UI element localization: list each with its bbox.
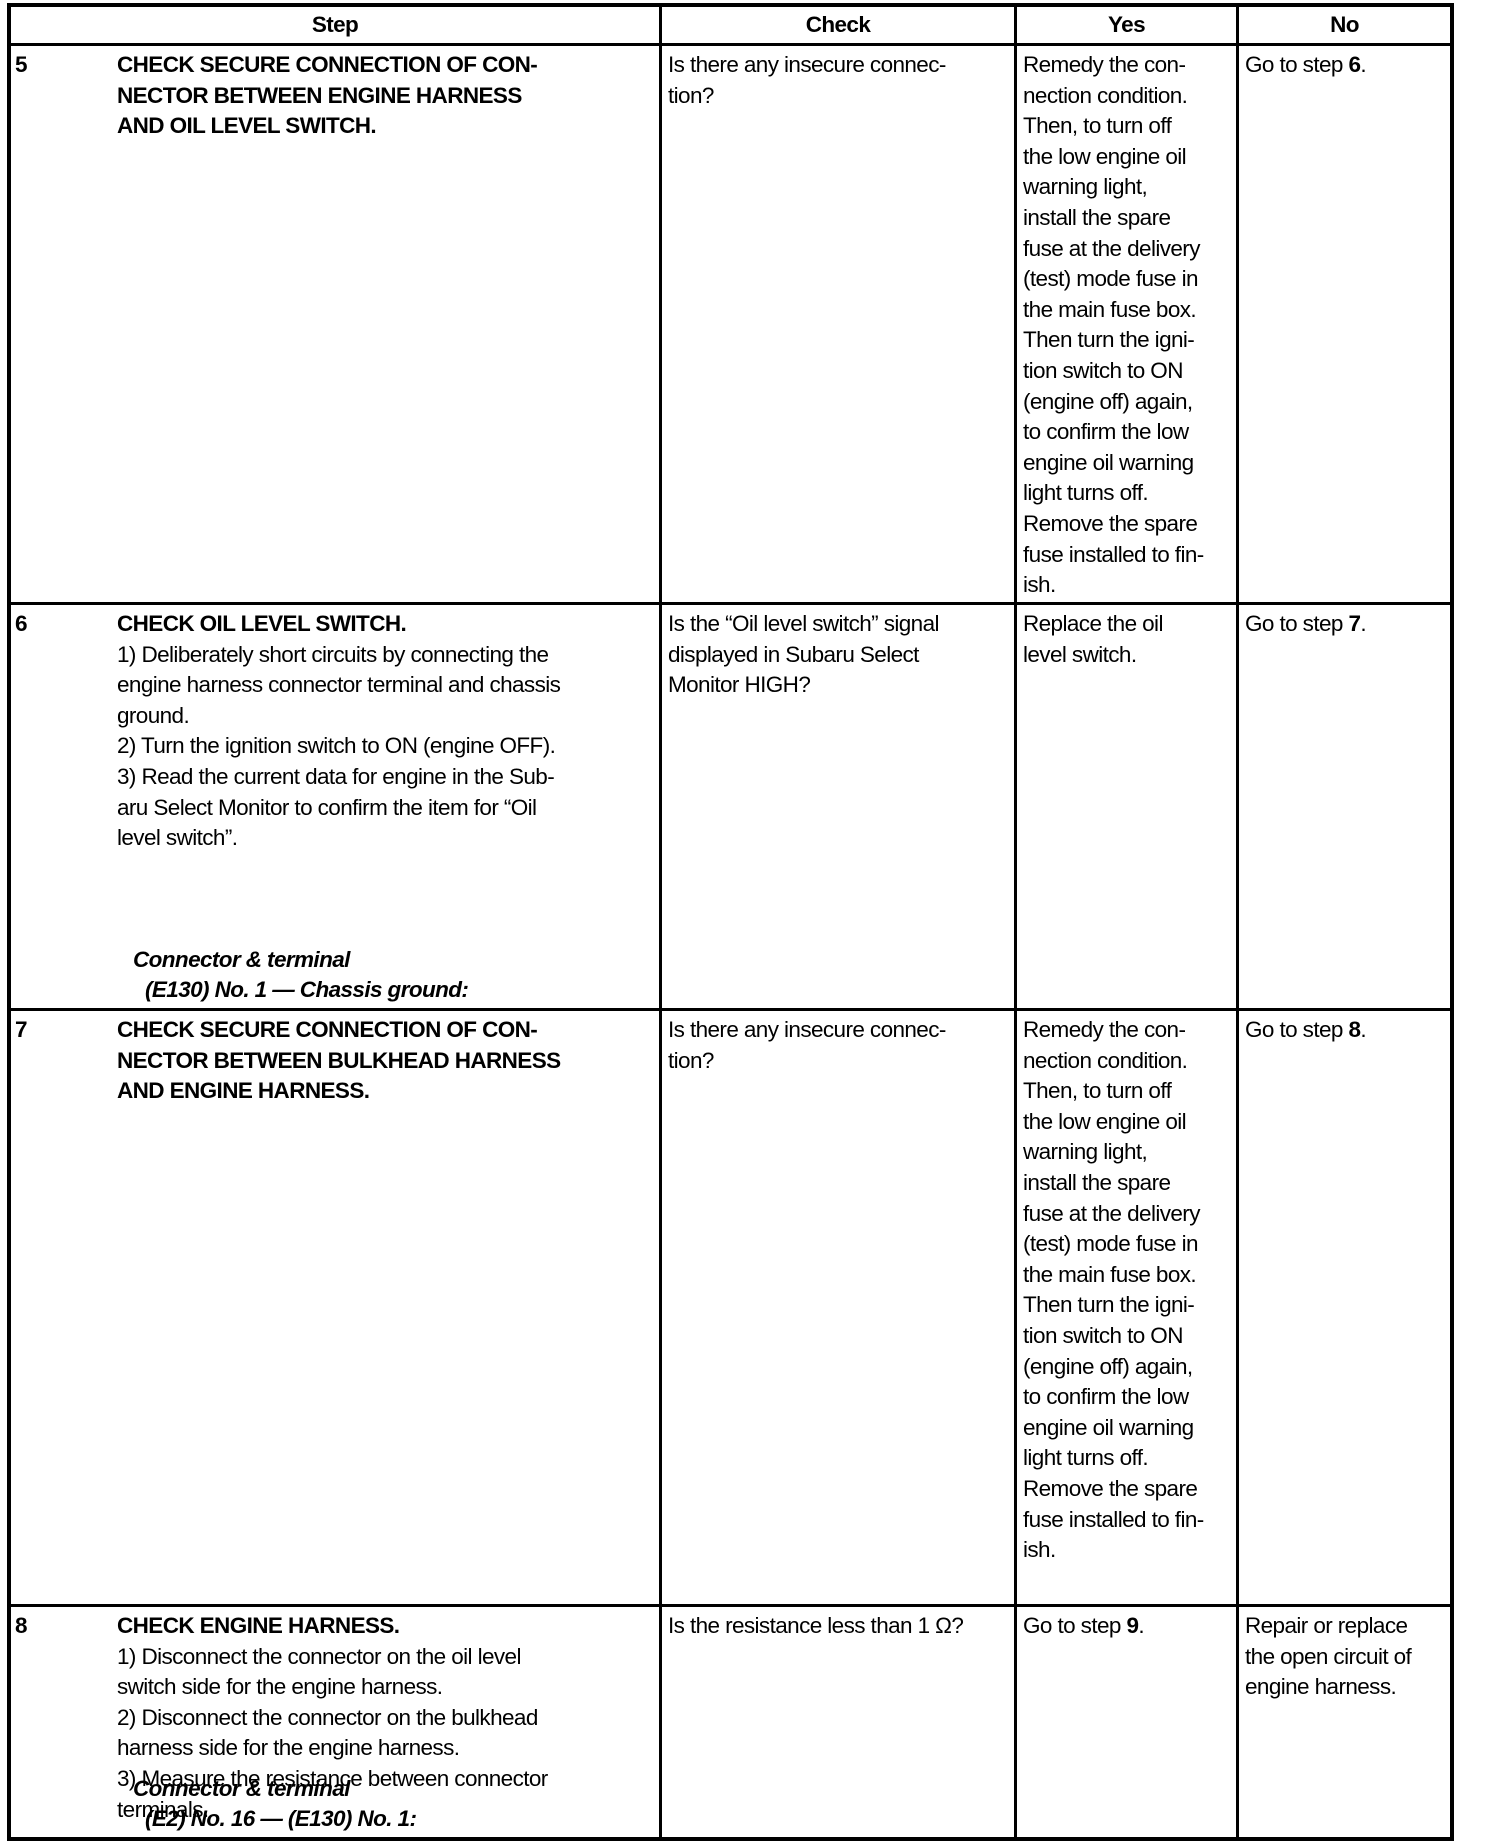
yes-text: Remedy the con- <box>1023 50 1230 81</box>
yes-text: (engine off) again, <box>1023 387 1230 418</box>
step-description: CHECK SECURE CONNECTION OF CON-NECTOR BE… <box>111 46 659 602</box>
yes-text: (test) mode fuse in <box>1023 1229 1230 1260</box>
yes-action: Replace the oillevel switch. <box>1017 605 1236 1008</box>
yes-text: level switch. <box>1023 640 1230 671</box>
step-instruction: harness side for the engine harness. <box>117 1733 653 1764</box>
connector-spec-line: Connector & terminal <box>117 1774 416 1805</box>
step-title: AND ENGINE HARNESS. <box>117 1076 653 1107</box>
step-number: 6 <box>11 605 111 1008</box>
yes-action: Go to step 9. <box>1017 1607 1236 1837</box>
no-text: Repair or replace <box>1245 1611 1444 1642</box>
step-instruction: 1) Deliberately short circuits by connec… <box>117 640 653 671</box>
check-text: tion? <box>668 1046 1008 1077</box>
yes-text: fuse installed to fin- <box>1023 1505 1230 1536</box>
no-action: Go to step 8. <box>1239 1011 1450 1604</box>
step-title: CHECK SECURE CONNECTION OF CON- <box>117 50 653 81</box>
step-title: NECTOR BETWEEN ENGINE HARNESS <box>117 81 653 112</box>
yes-text: Remedy the con- <box>1023 1015 1230 1046</box>
step-instruction: 3) Read the current data for engine in t… <box>117 762 653 793</box>
yes-text: install the spare <box>1023 203 1230 234</box>
yes-text: fuse installed to fin- <box>1023 540 1230 571</box>
yes-text: ish. <box>1023 1535 1230 1566</box>
step-instruction: aru Select Monitor to confirm the item f… <box>117 793 653 824</box>
check-text: Is the resistance less than 1 Ω? <box>668 1611 1008 1642</box>
no-goto-step: Go to step 7. <box>1245 609 1444 640</box>
no-action: Go to step 7. <box>1239 605 1450 1008</box>
no-action: Go to step 6. <box>1239 46 1450 602</box>
no-goto-step: Go to step 6. <box>1245 50 1444 81</box>
troubleshooting-table: Step Check Yes No 5CHECK SECURE CONNECTI… <box>7 3 1454 1841</box>
yes-text: install the spare <box>1023 1168 1230 1199</box>
yes-text: Then turn the igni- <box>1023 1290 1230 1321</box>
step-title: NECTOR BETWEEN BULKHEAD HARNESS <box>117 1046 653 1077</box>
header-check: Check <box>662 7 1014 41</box>
yes-action: Remedy the con-nection condition.Then, t… <box>1017 46 1236 602</box>
step-number-text: 7 <box>15 1015 105 1046</box>
yes-text: to confirm the low <box>1023 1382 1230 1413</box>
connector-spec-line: (E130) No. 1 — Chassis ground: <box>117 975 468 1006</box>
no-action: Repair or replacethe open circuit ofengi… <box>1239 1607 1450 1837</box>
yes-text: the low engine oil <box>1023 1107 1230 1138</box>
step-instruction: level switch”. <box>117 823 653 854</box>
check-question: Is the “Oil level switch” signaldisplaye… <box>662 605 1014 1008</box>
yes-text: nection condition. <box>1023 81 1230 112</box>
connector-spec-line: Connector & terminal <box>117 945 468 976</box>
step-title: AND OIL LEVEL SWITCH. <box>117 111 653 142</box>
step-number-text: 5 <box>15 50 105 81</box>
step-number: 5 <box>11 46 111 602</box>
yes-text: Then, to turn off <box>1023 111 1230 142</box>
yes-text: Then turn the igni- <box>1023 325 1230 356</box>
step-number-text: 6 <box>15 609 105 640</box>
connector-spec: Connector & terminal(E2) No. 16 — (E130)… <box>117 1774 416 1835</box>
check-question: Is the resistance less than 1 Ω? <box>662 1607 1014 1837</box>
step-title: CHECK SECURE CONNECTION OF CON- <box>117 1015 653 1046</box>
check-question: Is there any insecure connec-tion? <box>662 46 1014 602</box>
step-number: 8 <box>11 1607 111 1837</box>
step-description: CHECK ENGINE HARNESS.1) Disconnect the c… <box>111 1607 659 1837</box>
yes-text: engine oil warning <box>1023 448 1230 479</box>
no-goto-step: Go to step 8. <box>1245 1015 1444 1046</box>
yes-text: the low engine oil <box>1023 142 1230 173</box>
yes-text: (test) mode fuse in <box>1023 264 1230 295</box>
check-question: Is there any insecure connec-tion? <box>662 1011 1014 1604</box>
step-reference: 8 <box>1348 1017 1360 1042</box>
header-step: Step <box>11 7 659 41</box>
step-number-text: 8 <box>15 1611 105 1642</box>
no-text: engine harness. <box>1245 1672 1444 1703</box>
check-text: Monitor HIGH? <box>668 670 1008 701</box>
step-instruction: engine harness connector terminal and ch… <box>117 670 653 701</box>
yes-text: (engine off) again, <box>1023 1352 1230 1383</box>
step-reference: 7 <box>1348 611 1360 636</box>
connector-spec: Connector & terminal(E130) No. 1 — Chass… <box>117 945 468 1006</box>
step-instruction: ground. <box>117 701 653 732</box>
yes-text: tion switch to ON <box>1023 1321 1230 1352</box>
step-description: CHECK OIL LEVEL SWITCH.1) Deliberately s… <box>111 605 659 1008</box>
check-text: Is there any insecure connec- <box>668 1015 1008 1046</box>
header-yes: Yes <box>1017 7 1236 41</box>
step-instruction: 2) Turn the ignition switch to ON (engin… <box>117 731 653 762</box>
check-text: Is the “Oil level switch” signal <box>668 609 1008 640</box>
step-title: CHECK ENGINE HARNESS. <box>117 1611 653 1642</box>
yes-text: fuse at the delivery <box>1023 234 1230 265</box>
yes-text: engine oil warning <box>1023 1413 1230 1444</box>
step-reference: 9 <box>1126 1613 1138 1638</box>
yes-text: Remove the spare <box>1023 509 1230 540</box>
step-instruction: 2) Disconnect the connector on the bulkh… <box>117 1703 653 1734</box>
step-description: CHECK SECURE CONNECTION OF CON-NECTOR BE… <box>111 1011 659 1604</box>
connector-spec-line: (E2) No. 16 — (E130) No. 1: <box>117 1804 416 1835</box>
yes-text: Replace the oil <box>1023 609 1230 640</box>
step-instruction: switch side for the engine harness. <box>117 1672 653 1703</box>
yes-text: light turns off. <box>1023 478 1230 509</box>
yes-text: light turns off. <box>1023 1443 1230 1474</box>
yes-text: Then, to turn off <box>1023 1076 1230 1107</box>
no-text: the open circuit of <box>1245 1642 1444 1673</box>
yes-text: the main fuse box. <box>1023 1260 1230 1291</box>
step-instruction: 1) Disconnect the connector on the oil l… <box>117 1642 653 1673</box>
step-reference: 6 <box>1348 52 1360 77</box>
check-text: Is there any insecure connec- <box>668 50 1008 81</box>
yes-text: Remove the spare <box>1023 1474 1230 1505</box>
yes-text: fuse at the delivery <box>1023 1199 1230 1230</box>
yes-text: warning light, <box>1023 1137 1230 1168</box>
yes-goto-step: Go to step 9. <box>1023 1611 1230 1642</box>
yes-text: tion switch to ON <box>1023 356 1230 387</box>
yes-action: Remedy the con-nection condition.Then, t… <box>1017 1011 1236 1604</box>
step-title: CHECK OIL LEVEL SWITCH. <box>117 609 653 640</box>
step-number: 7 <box>11 1011 111 1604</box>
yes-text: ish. <box>1023 570 1230 601</box>
check-text: displayed in Subaru Select <box>668 640 1008 671</box>
check-text: tion? <box>668 81 1008 112</box>
yes-text: to confirm the low <box>1023 417 1230 448</box>
yes-text: nection condition. <box>1023 1046 1230 1077</box>
yes-text: warning light, <box>1023 172 1230 203</box>
yes-text: the main fuse box. <box>1023 295 1230 326</box>
header-no: No <box>1239 7 1450 41</box>
